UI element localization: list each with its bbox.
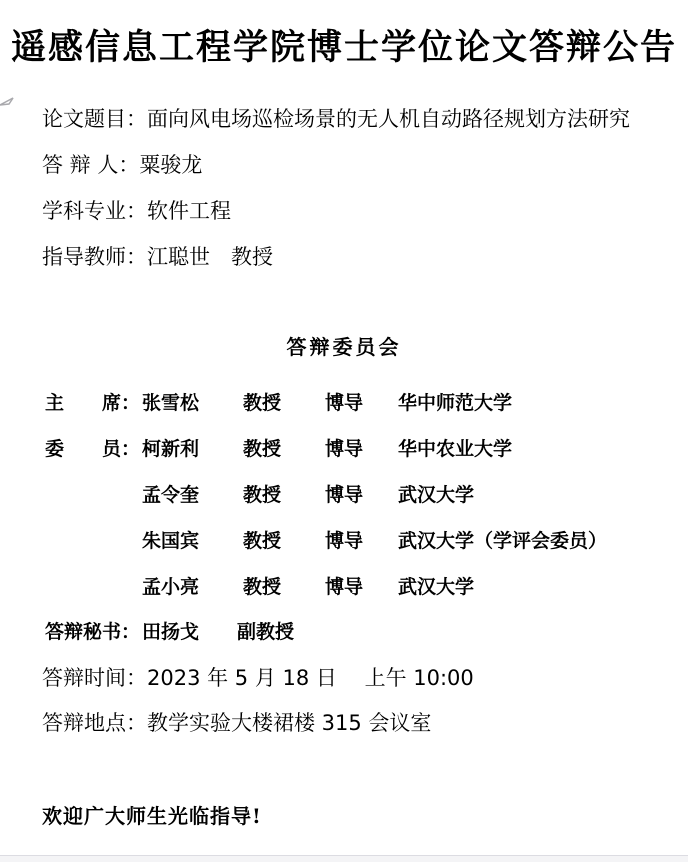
secretary-name: 田扬戈 [142, 621, 199, 643]
page-title: 遥感信息工程学院博士学位论文答辩公告 [0, 20, 688, 70]
defense-time-line: 答辩时间：2023 年 5 月 18 日 上午 10:00 [42, 662, 474, 692]
committee-name: 孟小亮 [142, 572, 243, 618]
major-line: 学科专业：软件工程 [42, 195, 668, 241]
committee-title: 教授 [243, 388, 325, 434]
defense-location-value: 教学实验大楼裙楼 315 会议室 [147, 711, 431, 735]
major-value: 软件工程 [147, 199, 231, 223]
table-row: 朱国宾 教授 博导 武汉大学（学评会委员） [45, 526, 678, 572]
defense-location-label: 答辩地点： [42, 711, 147, 735]
committee-advisor-flag: 博导 [325, 572, 398, 618]
committee-name: 张雪松 [142, 388, 243, 434]
defense-time-value: 2023 年 5 月 18 日 上午 10:00 [147, 666, 474, 690]
defense-announcement-document: 遥感信息工程学院博士学位论文答辩公告 论文题目：面向风电场巡检场景的无人机自动路… [0, 0, 688, 862]
defender-label: 答 辩 人： [42, 153, 139, 177]
committee-advisor-flag: 博导 [325, 388, 398, 434]
secretary-label: 答辩秘书： [45, 621, 140, 643]
major-label: 学科专业： [42, 199, 147, 223]
committee-affiliation: 武汉大学（学评会委员） [398, 526, 678, 572]
committee-role: 主 席： [45, 388, 142, 434]
committee-name: 柯新利 [142, 434, 243, 480]
committee-name: 孟令奎 [142, 480, 243, 526]
committee-affiliation: 华中师范大学 [398, 388, 678, 434]
committee-advisor-flag: 博导 [325, 480, 398, 526]
committee-advisor-flag: 博导 [325, 526, 398, 572]
thesis-title-line: 论文题目：面向风电场巡检场景的无人机自动路径规划方法研究 [42, 103, 668, 149]
secretary-title: 副教授 [237, 621, 294, 643]
supervisor-label: 指导教师： [42, 245, 147, 269]
table-row: 委 员： 柯新利 教授 博导 华中农业大学 [45, 434, 678, 480]
committee-affiliation: 武汉大学 [398, 572, 678, 618]
committee-title: 教授 [243, 434, 325, 480]
committee-title: 教授 [243, 572, 325, 618]
defense-time-label: 答辩时间： [42, 666, 147, 690]
thesis-title-value: 面向风电场巡检场景的无人机自动路径规划方法研究 [147, 107, 630, 131]
committee-role [45, 526, 142, 572]
committee-role: 委 员： [45, 434, 142, 480]
committee-advisor-flag: 博导 [325, 434, 398, 480]
page-edge-strip [0, 855, 688, 862]
committee-title: 教授 [243, 480, 325, 526]
supervisor-value: 江聪世 教授 [147, 245, 273, 269]
thesis-title-label: 论文题目： [42, 107, 147, 131]
committee-name: 朱国宾 [142, 526, 243, 572]
committee-role [45, 572, 142, 618]
table-row: 孟小亮 教授 博导 武汉大学 [45, 572, 678, 618]
secretary-line: 答辩秘书：田扬戈副教授 [45, 617, 294, 644]
table-row: 主 席： 张雪松 教授 博导 华中师范大学 [45, 388, 678, 434]
defender-line: 答 辩 人：粟骏龙 [42, 149, 668, 195]
defense-location-line: 答辩地点：教学实验大楼裙楼 315 会议室 [42, 707, 431, 737]
committee-table: 主 席： 张雪松 教授 博导 华中师范大学 委 员： 柯新利 教授 博导 华中农… [45, 388, 678, 618]
welcome-note: 欢迎广大师生光临指导! [42, 800, 262, 829]
defender-value: 粟骏龙 [139, 153, 202, 177]
committee-title: 教授 [243, 526, 325, 572]
mouse-cursor-icon [0, 96, 16, 110]
committee-affiliation: 武汉大学 [398, 480, 678, 526]
table-row: 孟令奎 教授 博导 武汉大学 [45, 480, 678, 526]
supervisor-line: 指导教师：江聪世 教授 [42, 241, 668, 287]
committee-role [45, 480, 142, 526]
committee-affiliation: 华中农业大学 [398, 434, 678, 480]
info-block: 论文题目：面向风电场巡检场景的无人机自动路径规划方法研究 答 辩 人：粟骏龙 学… [42, 103, 668, 287]
committee-heading: 答辩委员会 [0, 331, 688, 360]
